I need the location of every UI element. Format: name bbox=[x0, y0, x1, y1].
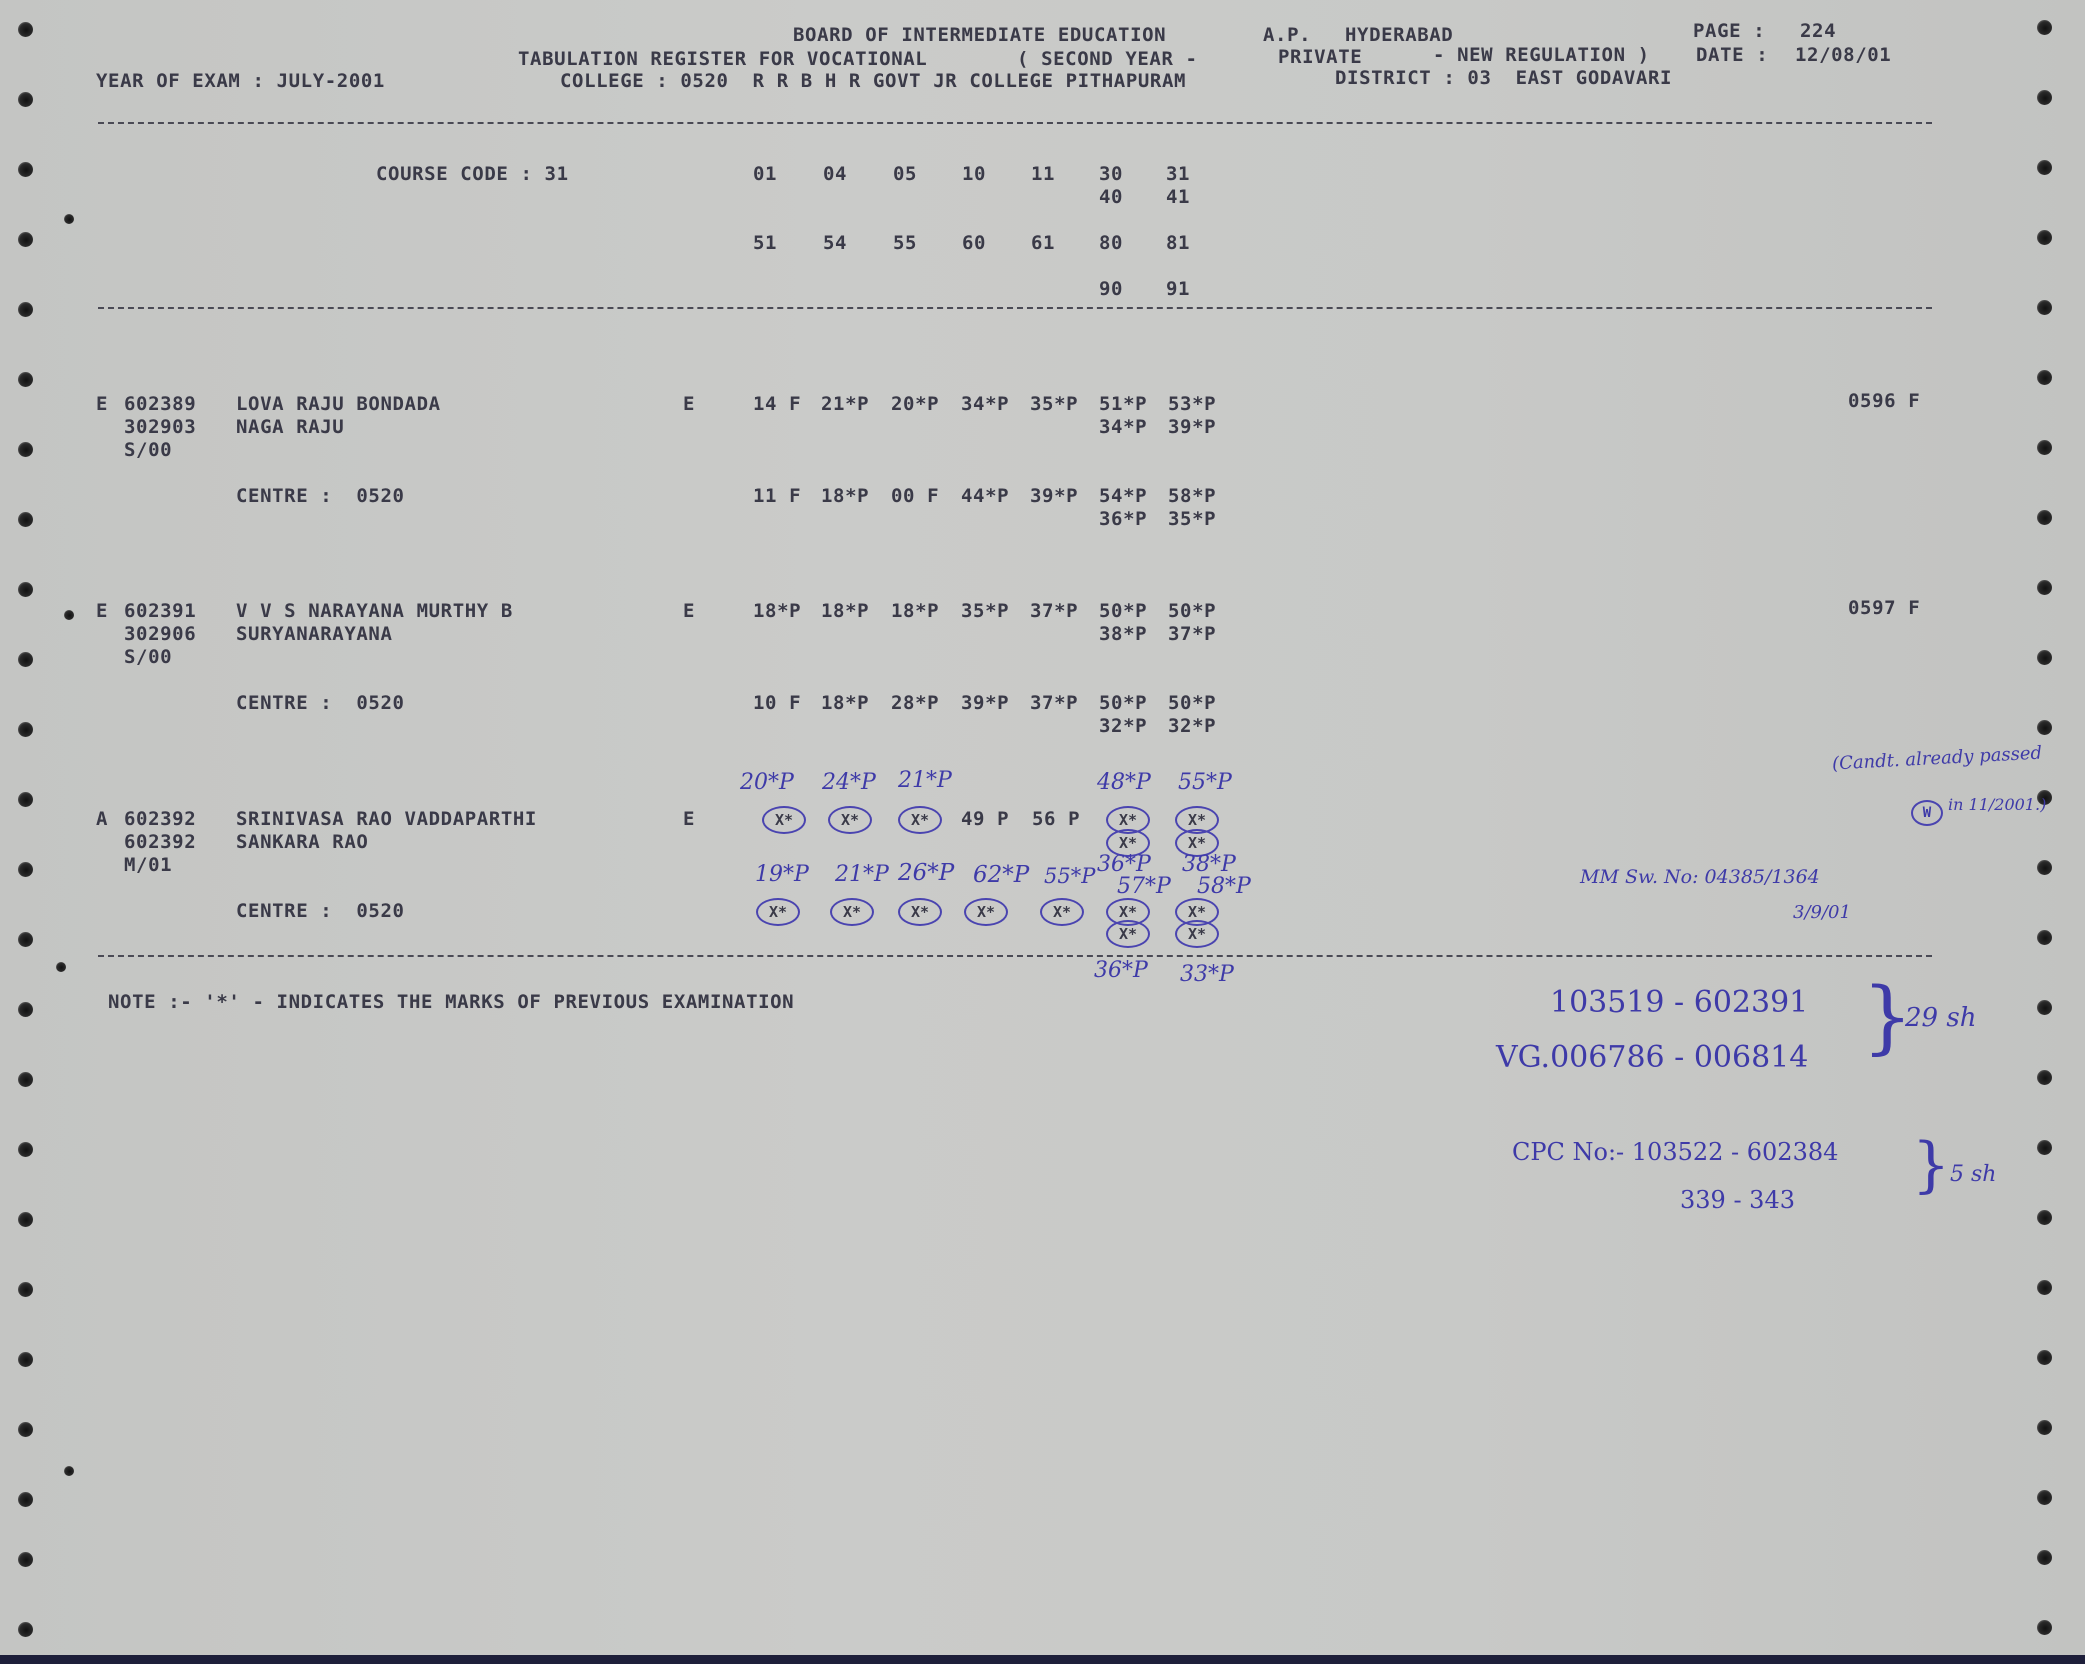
serial-range: CPC No:- 103522 - 602384 bbox=[1512, 1138, 1838, 1166]
page-number: 224 bbox=[1800, 20, 1836, 43]
mark-cell: 18*P bbox=[821, 692, 869, 715]
handwritten-mark: 26*P bbox=[898, 860, 954, 886]
subject-code: 31 bbox=[1166, 163, 1190, 186]
subject-code: 60 bbox=[962, 232, 986, 255]
state-name: A.P. bbox=[1263, 24, 1311, 47]
circled-absent-mark: X* bbox=[898, 898, 942, 926]
feed-hole-icon bbox=[2037, 160, 2052, 175]
feed-hole-icon bbox=[18, 1072, 33, 1087]
subject-code: 61 bbox=[1031, 232, 1055, 255]
year-of-exam: YEAR OF EXAM : JULY-2001 bbox=[96, 70, 385, 93]
serial-range: 339 - 343 bbox=[1680, 1186, 1795, 1214]
mark-cell: 32*P bbox=[1099, 715, 1147, 738]
memo-text: MM Sw. No: 04385/1364 bbox=[1580, 866, 1820, 888]
withheld-circle-icon: W bbox=[1911, 800, 1943, 826]
subject-code: 11 bbox=[1031, 163, 1055, 186]
category-code: A bbox=[96, 808, 108, 831]
feed-hole-icon bbox=[18, 232, 33, 247]
handwritten-mark: 19*P bbox=[755, 862, 809, 887]
sheet-count: 29 sh bbox=[1905, 1003, 1976, 1033]
circled-absent-mark: X* bbox=[898, 806, 942, 834]
registration-number: 602392 bbox=[124, 831, 196, 854]
feed-hole-icon bbox=[2037, 1280, 2052, 1295]
mark-cell: 35*P bbox=[1030, 393, 1078, 416]
centre: CENTRE : 0520 bbox=[236, 900, 405, 923]
hall-ticket-number: 602389 bbox=[124, 393, 196, 416]
handwritten-mark: 62*P bbox=[973, 862, 1029, 888]
mark-cell: 50*P bbox=[1099, 692, 1147, 715]
subject-code: 51 bbox=[753, 232, 777, 255]
mark-cell: 37*P bbox=[1168, 623, 1216, 646]
feed-hole-icon bbox=[2037, 370, 2052, 385]
centre: CENTRE : 0520 bbox=[236, 692, 405, 715]
feed-hole-icon bbox=[2037, 1550, 2052, 1565]
feed-hole-icon bbox=[18, 862, 33, 877]
result-total: 0597 F bbox=[1848, 597, 1920, 620]
regulation: - NEW REGULATION ) bbox=[1433, 44, 1650, 67]
brace-icon: } bbox=[1912, 1130, 1950, 1200]
feed-hole-icon bbox=[18, 582, 33, 597]
hall-ticket-number: 602392 bbox=[124, 808, 196, 831]
circled-absent-mark: X* bbox=[756, 898, 800, 926]
status-code: M/01 bbox=[124, 854, 172, 877]
feed-hole-icon bbox=[2037, 650, 2052, 665]
mark-cell: 00 F bbox=[891, 485, 939, 508]
page-label: PAGE : bbox=[1693, 20, 1765, 43]
mark-cell: 28*P bbox=[891, 692, 939, 715]
mark-cell: 50*P bbox=[1168, 692, 1216, 715]
year-type: ( SECOND YEAR - bbox=[1017, 48, 1198, 71]
print-date: 12/08/01 bbox=[1795, 44, 1891, 67]
mark-cell: 39*P bbox=[961, 692, 1009, 715]
feed-hole-icon bbox=[2037, 90, 2052, 105]
feed-hole-icon bbox=[18, 792, 33, 807]
feed-hole-icon bbox=[2037, 1070, 2052, 1085]
college-info: COLLEGE : 0520 R R B H R GOVT JR COLLEGE… bbox=[560, 70, 1186, 93]
header-divider bbox=[98, 122, 1932, 124]
district-info: DISTRICT : 03 EAST GODAVARI bbox=[1335, 67, 1672, 90]
records-divider bbox=[98, 955, 1932, 957]
status-code: S/00 bbox=[124, 439, 172, 462]
mark-cell: 39*P bbox=[1168, 416, 1216, 439]
feed-hole-icon bbox=[64, 1466, 74, 1476]
medium: E bbox=[683, 808, 695, 831]
registration-number: 302903 bbox=[124, 416, 196, 439]
mark-cell: 38*P bbox=[1099, 623, 1147, 646]
handwritten-mark: 21*P bbox=[898, 768, 952, 793]
feed-hole-icon bbox=[18, 162, 33, 177]
memo-date: 3/9/01 bbox=[1793, 902, 1851, 923]
mark-cell: 54*P bbox=[1099, 485, 1147, 508]
handwritten-mark: 33*P bbox=[1180, 962, 1234, 987]
centre: CENTRE : 0520 bbox=[236, 485, 405, 508]
handwritten-mark: 55*P bbox=[1178, 770, 1232, 795]
feed-hole-icon bbox=[2037, 510, 2052, 525]
feed-hole-icon bbox=[18, 1422, 33, 1437]
feed-hole-icon bbox=[18, 302, 33, 317]
serial-range: VG.006786 - 006814 bbox=[1496, 1040, 1808, 1075]
handwritten-mark: 57*P bbox=[1117, 874, 1171, 899]
circled-absent-mark: X* bbox=[964, 898, 1008, 926]
mark-cell: 35*P bbox=[961, 600, 1009, 623]
footnote: NOTE :- '*' - INDICATES THE MARKS OF PRE… bbox=[108, 991, 794, 1014]
mark-cell: 11 F bbox=[753, 485, 801, 508]
subject-code: 01 bbox=[753, 163, 777, 186]
board-name: BOARD OF INTERMEDIATE EDUCATION bbox=[793, 24, 1166, 47]
mark-cell: 37*P bbox=[1030, 692, 1078, 715]
subject-code: 54 bbox=[823, 232, 847, 255]
mark-cell: 18*P bbox=[891, 600, 939, 623]
mark-cell: 37*P bbox=[1030, 600, 1078, 623]
feed-hole-icon bbox=[56, 962, 66, 972]
feed-hole-icon bbox=[18, 1492, 33, 1507]
subject-code: 05 bbox=[893, 163, 917, 186]
subject-code: 80 bbox=[1099, 232, 1123, 255]
mark-cell: 34*P bbox=[961, 393, 1009, 416]
circled-absent-mark: X* bbox=[1175, 920, 1219, 948]
mark-cell: 39*P bbox=[1030, 485, 1078, 508]
feed-hole-icon bbox=[2037, 930, 2052, 945]
circled-absent-mark: X* bbox=[1040, 898, 1084, 926]
subject-code: 81 bbox=[1166, 232, 1190, 255]
handwritten-mark: 24*P bbox=[822, 770, 876, 795]
mark-cell: 32*P bbox=[1168, 715, 1216, 738]
feed-hole-icon bbox=[2037, 860, 2052, 875]
feed-hole-icon bbox=[18, 1282, 33, 1297]
mark-cell: 51*P bbox=[1099, 393, 1147, 416]
feed-hole-icon bbox=[2037, 230, 2052, 245]
remark-text: (Candt. already passed bbox=[1832, 743, 2043, 775]
feed-hole-icon bbox=[18, 372, 33, 387]
handwritten-mark: 55*P bbox=[1044, 864, 1095, 888]
student-name: SRINIVASA RAO VADDAPARTHI bbox=[236, 808, 537, 831]
feed-hole-icon bbox=[2037, 580, 2052, 595]
father-name: SANKARA RAO bbox=[236, 831, 368, 854]
subject-code: 90 bbox=[1099, 278, 1123, 301]
mark-cell: 36*P bbox=[1099, 508, 1147, 531]
subject-code: 91 bbox=[1166, 278, 1190, 301]
mark-cell: 44*P bbox=[961, 485, 1009, 508]
mark-cell: 34*P bbox=[1099, 416, 1147, 439]
mark-cell: 21*P bbox=[821, 393, 869, 416]
feed-hole-icon bbox=[18, 1622, 33, 1637]
father-name: NAGA RAJU bbox=[236, 416, 344, 439]
handwritten-mark: 58*P bbox=[1197, 874, 1251, 899]
subject-code: 30 bbox=[1099, 163, 1123, 186]
feed-hole-icon bbox=[2037, 1140, 2052, 1155]
feed-hole-icon bbox=[18, 932, 33, 947]
circled-absent-mark: X* bbox=[762, 806, 806, 834]
feed-hole-icon bbox=[18, 652, 33, 667]
feed-hole-icon bbox=[2037, 1420, 2052, 1435]
feed-hole-icon bbox=[18, 92, 33, 107]
hall-ticket-number: 602391 bbox=[124, 600, 196, 623]
feed-hole-icon bbox=[2037, 1350, 2052, 1365]
subject-code: 41 bbox=[1166, 186, 1190, 209]
feed-hole-icon bbox=[64, 610, 74, 620]
student-name: LOVA RAJU BONDADA bbox=[236, 393, 441, 416]
category-code: E bbox=[96, 393, 108, 416]
feed-hole-icon bbox=[18, 22, 33, 37]
feed-hole-icon bbox=[18, 722, 33, 737]
handwritten-mark: 20*P bbox=[740, 770, 794, 795]
mark-cell: 56 P bbox=[1032, 808, 1080, 831]
feed-hole-icon bbox=[18, 442, 33, 457]
student-name: V V S NARAYANA MURTHY B bbox=[236, 600, 513, 623]
circled-absent-mark: X* bbox=[1106, 920, 1150, 948]
feed-hole-icon bbox=[64, 214, 74, 224]
mark-cell: 18*P bbox=[821, 485, 869, 508]
mark-cell: 50*P bbox=[1168, 600, 1216, 623]
printout-page: BOARD OF INTERMEDIATE EDUCATION A.P. HYD… bbox=[0, 0, 2085, 1655]
mark-cell: 20*P bbox=[891, 393, 939, 416]
circled-absent-mark: X* bbox=[830, 898, 874, 926]
sheet-count: 5 sh bbox=[1950, 1162, 1996, 1187]
mark-cell: 10 F bbox=[753, 692, 801, 715]
feed-hole-icon bbox=[18, 1142, 33, 1157]
mark-cell: 14 F bbox=[753, 393, 801, 416]
candidate-type: PRIVATE bbox=[1278, 46, 1362, 69]
handwritten-mark: 21*P bbox=[835, 862, 889, 887]
subject-code: 55 bbox=[893, 232, 917, 255]
mark-cell: 18*P bbox=[821, 600, 869, 623]
date-label: DATE : bbox=[1696, 44, 1768, 67]
mark-cell: 35*P bbox=[1168, 508, 1216, 531]
feed-hole-icon bbox=[2037, 1000, 2052, 1015]
feed-hole-icon bbox=[2037, 1210, 2052, 1225]
handwritten-mark: 48*P bbox=[1097, 770, 1151, 795]
feed-hole-icon bbox=[18, 1212, 33, 1227]
subject-code: 10 bbox=[962, 163, 986, 186]
medium: E bbox=[683, 393, 695, 416]
register-title: TABULATION REGISTER FOR VOCATIONAL bbox=[518, 48, 927, 71]
feed-hole-icon bbox=[2037, 720, 2052, 735]
feed-hole-icon bbox=[18, 1002, 33, 1017]
handwritten-mark: 36*P bbox=[1094, 958, 1148, 983]
feed-hole-icon bbox=[18, 1552, 33, 1567]
serial-range: 103519 - 602391 bbox=[1550, 985, 1808, 1020]
category-code: E bbox=[96, 600, 108, 623]
father-name: SURYANARAYANA bbox=[236, 623, 393, 646]
remark-text: in 11/2001.) bbox=[1948, 795, 2046, 814]
feed-hole-icon bbox=[18, 1352, 33, 1367]
mark-cell: 53*P bbox=[1168, 393, 1216, 416]
course-code-label: COURSE CODE : 31 bbox=[376, 163, 569, 186]
course-divider bbox=[98, 307, 1932, 309]
mark-cell: 18*P bbox=[753, 600, 801, 623]
subject-code: 40 bbox=[1099, 186, 1123, 209]
mark-cell: 58*P bbox=[1168, 485, 1216, 508]
circled-absent-mark: X* bbox=[828, 806, 872, 834]
registration-number: 302906 bbox=[124, 623, 196, 646]
medium: E bbox=[683, 600, 695, 623]
feed-hole-icon bbox=[2037, 20, 2052, 35]
feed-hole-icon bbox=[2037, 440, 2052, 455]
feed-hole-icon bbox=[2037, 300, 2052, 315]
result-total: 0596 F bbox=[1848, 390, 1920, 413]
mark-cell: 50*P bbox=[1099, 600, 1147, 623]
mark-cell: 49 P bbox=[961, 808, 1009, 831]
feed-hole-icon bbox=[18, 512, 33, 527]
feed-hole-icon bbox=[2037, 1490, 2052, 1505]
status-code: S/00 bbox=[124, 646, 172, 669]
subject-code: 04 bbox=[823, 163, 847, 186]
feed-hole-icon bbox=[2037, 1620, 2052, 1635]
